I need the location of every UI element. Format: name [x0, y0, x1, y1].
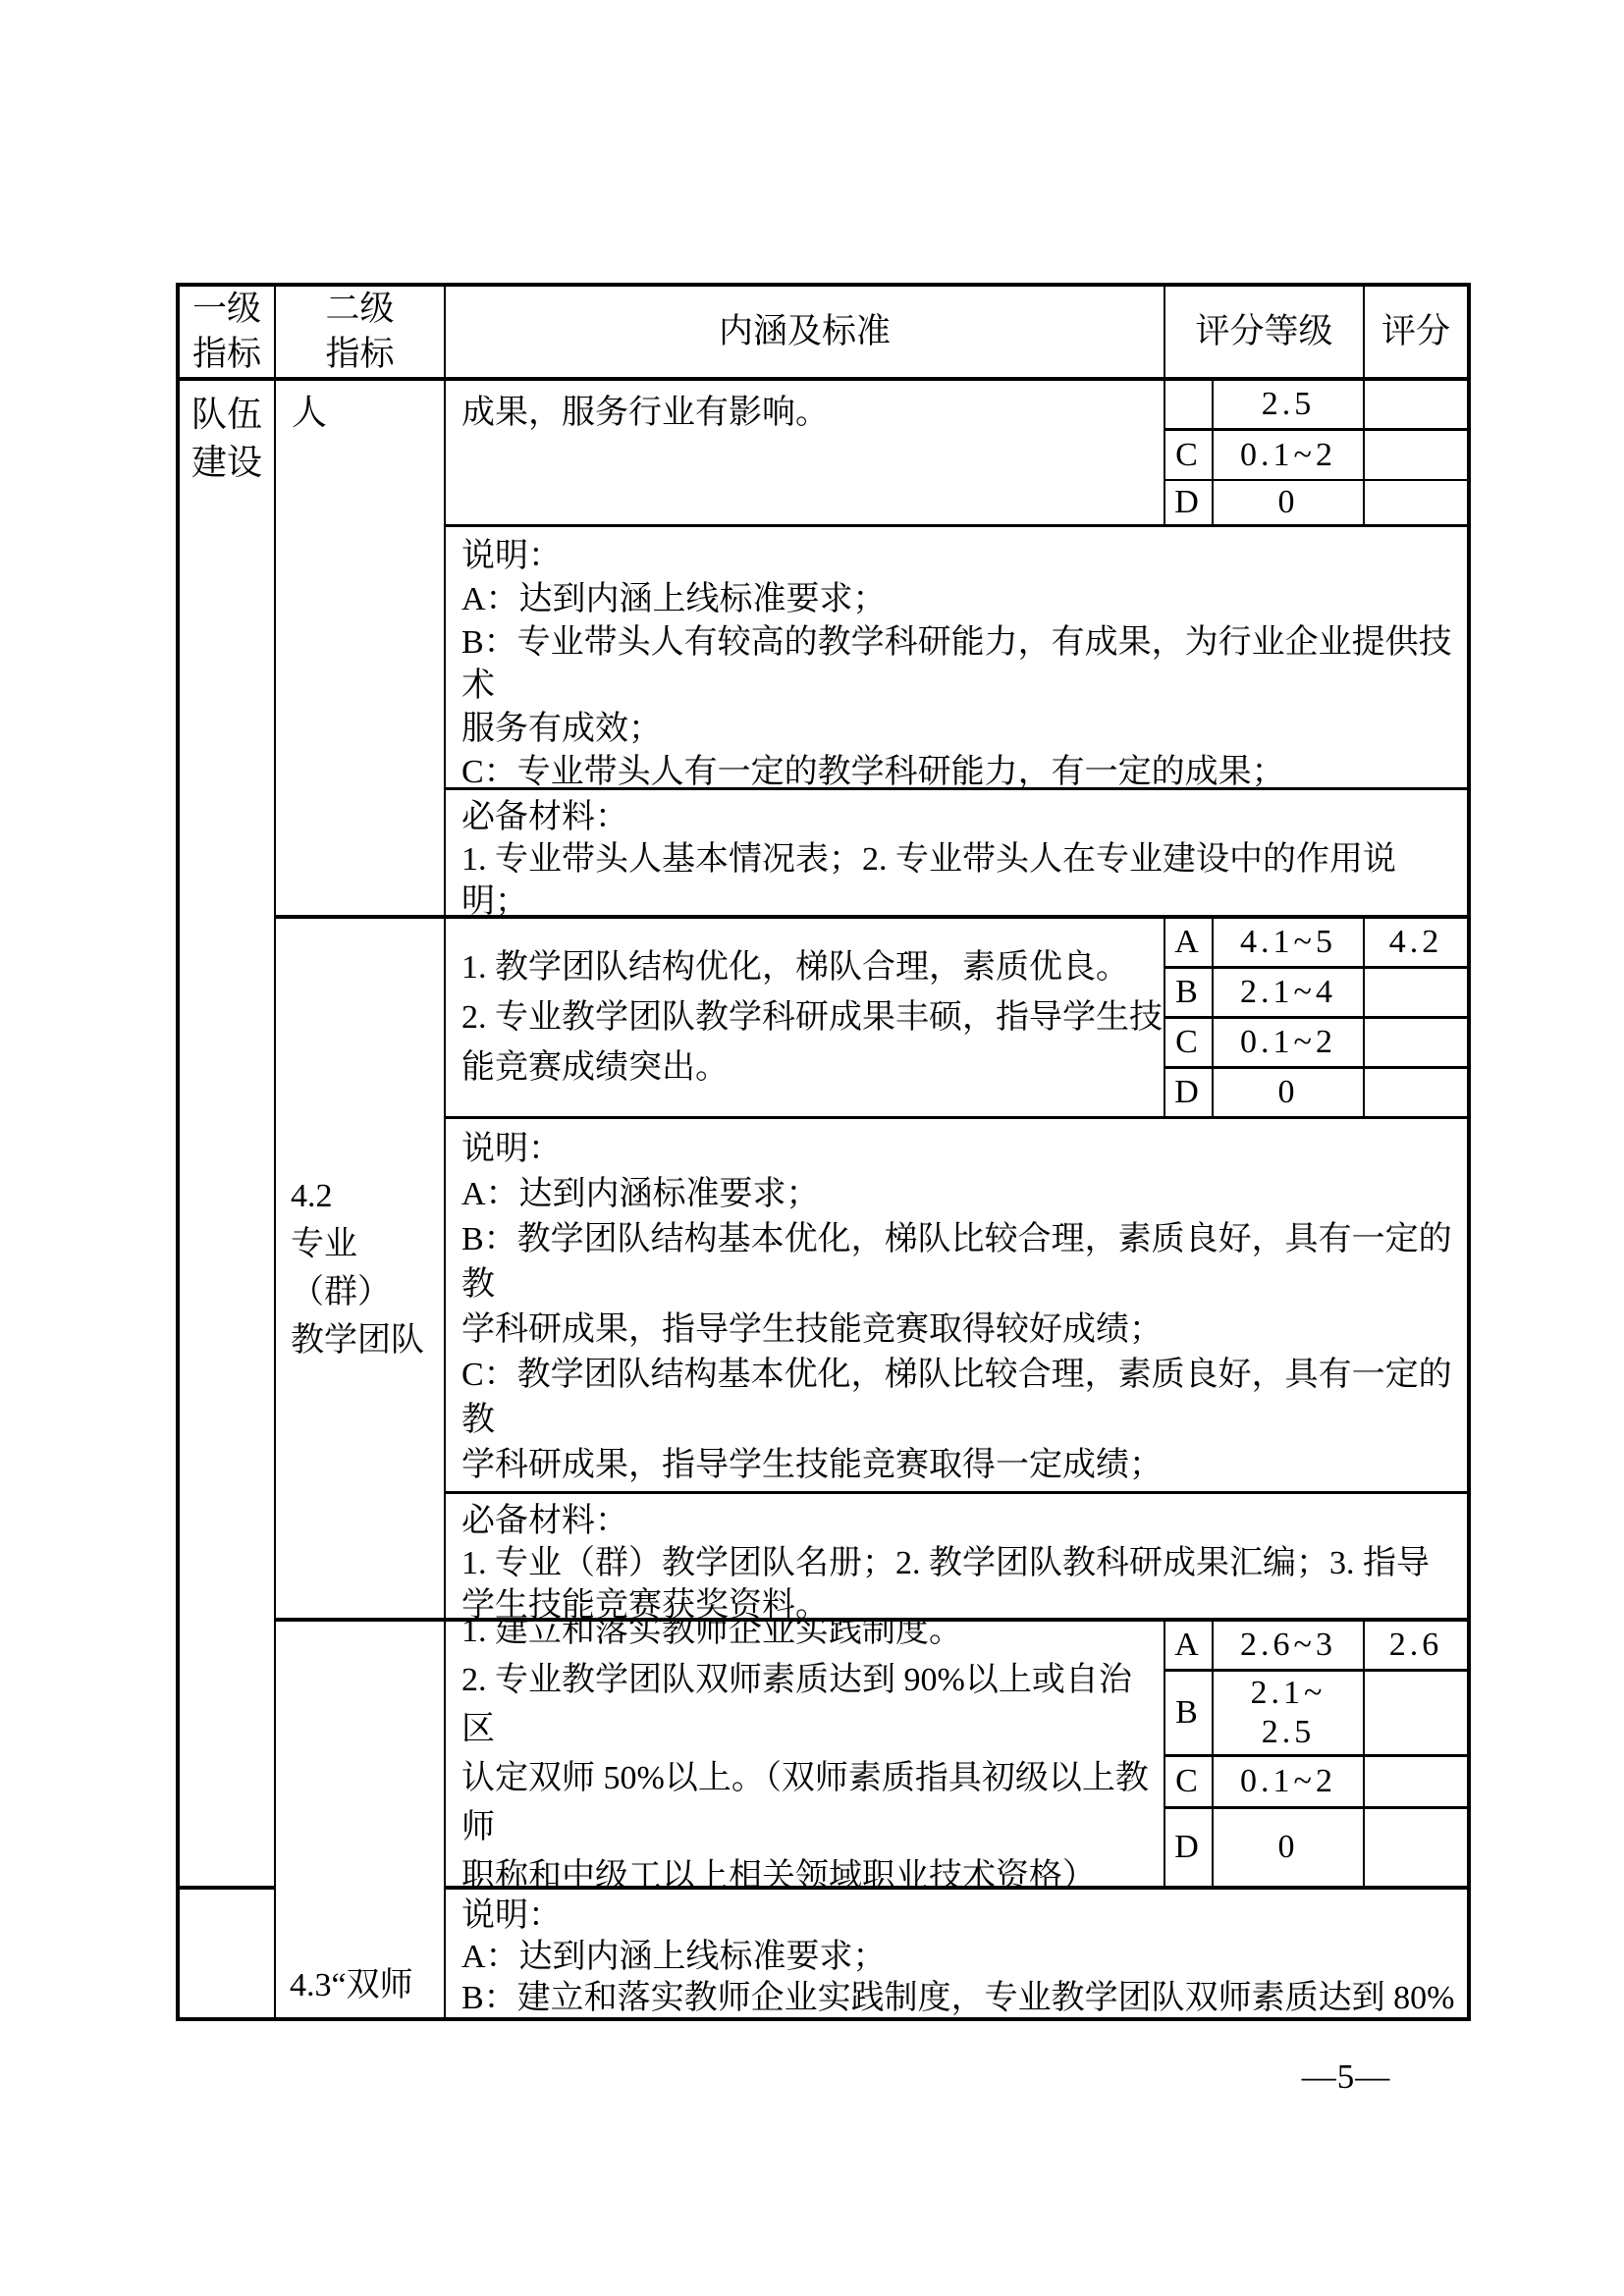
grade-letter-cell: D	[1165, 481, 1214, 527]
header-content-standard: 内涵及标准	[446, 287, 1165, 381]
header-score-grade: 评分等级	[1165, 287, 1365, 381]
grade-letter-cell: A	[1165, 919, 1214, 969]
grade-letter-cell: C	[1165, 1757, 1214, 1809]
grade-letter-cell: D	[1165, 1809, 1214, 1890]
grade-range-cell: 4.1~5	[1214, 919, 1365, 969]
grade-letter-cell: C	[1165, 431, 1214, 481]
level2-indicator-cell: 4.2 专业（群） 教学团队	[276, 919, 446, 1622]
grade-letter-cell: B	[1165, 969, 1214, 1019]
notes-cell: 说明： A：达到内涵上线标准要求； B：建立和落实教师企业实践制度，专业教学团队…	[446, 1890, 1467, 2017]
score-cell	[1365, 1672, 1467, 1757]
score-cell: 4.2	[1365, 919, 1467, 969]
grade-range-cell: 2.6~3	[1214, 1622, 1365, 1672]
level1-indicator-cell: 队伍 建设	[180, 381, 276, 1890]
score-cell	[1365, 481, 1467, 527]
notes-cell: 说明： A：达到内涵上线标准要求； B：专业带头人有较高的教学科研能力，有成果，…	[446, 527, 1467, 790]
grade-letter-cell: D	[1165, 1069, 1214, 1119]
grade-range-cell: 2.5	[1214, 381, 1365, 431]
score-cell	[1365, 431, 1467, 481]
grade-range-cell: 0	[1214, 1069, 1365, 1119]
notes-cell: 说明： A：达到内涵标准要求； B：教学团队结构基本优化，梯队比较合理，素质良好…	[446, 1119, 1467, 1494]
level2-indicator-cell: 人	[276, 381, 446, 919]
document-page: 一级 指标 二级 指标 内涵及标准 评分等级 评分 队伍 建设 人 4.2 专业…	[0, 0, 1624, 2296]
content-standard-cell: 1. 教学团队结构优化，梯队合理，素质优良。 2. 专业教学团队教学科研成果丰硕…	[446, 919, 1165, 1119]
content-standard-cell: 成果，服务行业有影响。	[446, 381, 1165, 527]
score-cell	[1365, 1757, 1467, 1809]
score-cell	[1365, 1809, 1467, 1890]
content-standard-cell: 1. 建立和落实教师企业实践制度。 2. 专业教学团队双师素质达到 90%以上或…	[446, 1622, 1165, 1890]
score-cell	[1365, 969, 1467, 1019]
grade-letter-cell	[1165, 381, 1214, 431]
grade-range-cell: 0.1~2	[1214, 431, 1365, 481]
evaluation-table: 一级 指标 二级 指标 内涵及标准 评分等级 评分 队伍 建设 人 4.2 专业…	[176, 283, 1471, 2021]
level2-indicator-cell: 4.3“双师	[276, 1622, 446, 2017]
materials-cell: 必备材料： 1. 专业带头人基本情况表；2. 专业带头人在专业建设中的作用说明；…	[446, 790, 1467, 919]
grade-range-cell: 0.1~2	[1214, 1757, 1365, 1809]
score-cell: 2.6	[1365, 1622, 1467, 1672]
level1-indicator-empty-cell	[180, 1890, 276, 2017]
score-cell	[1365, 1069, 1467, 1119]
materials-cell: 必备材料： 1. 专业（群）教学团队名册；2. 教学团队教科研成果汇编；3. 指…	[446, 1494, 1467, 1622]
grade-letter-cell: B	[1165, 1672, 1214, 1757]
grade-range-cell: 2.1~ 2.5	[1214, 1672, 1365, 1757]
grade-range-cell: 0	[1214, 481, 1365, 527]
header-score: 评分	[1365, 287, 1467, 381]
header-level2-indicator: 二级 指标	[276, 287, 446, 381]
score-cell	[1365, 381, 1467, 431]
grade-range-cell: 0	[1214, 1809, 1365, 1890]
grade-range-cell: 2.1~4	[1214, 969, 1365, 1019]
score-cell	[1365, 1019, 1467, 1069]
header-level1-indicator: 一级 指标	[180, 287, 276, 381]
grade-letter-cell: C	[1165, 1019, 1214, 1069]
grade-letter-cell: A	[1165, 1622, 1214, 1672]
page-number: —5—	[1292, 2057, 1400, 2097]
grade-range-cell: 0.1~2	[1214, 1019, 1365, 1069]
